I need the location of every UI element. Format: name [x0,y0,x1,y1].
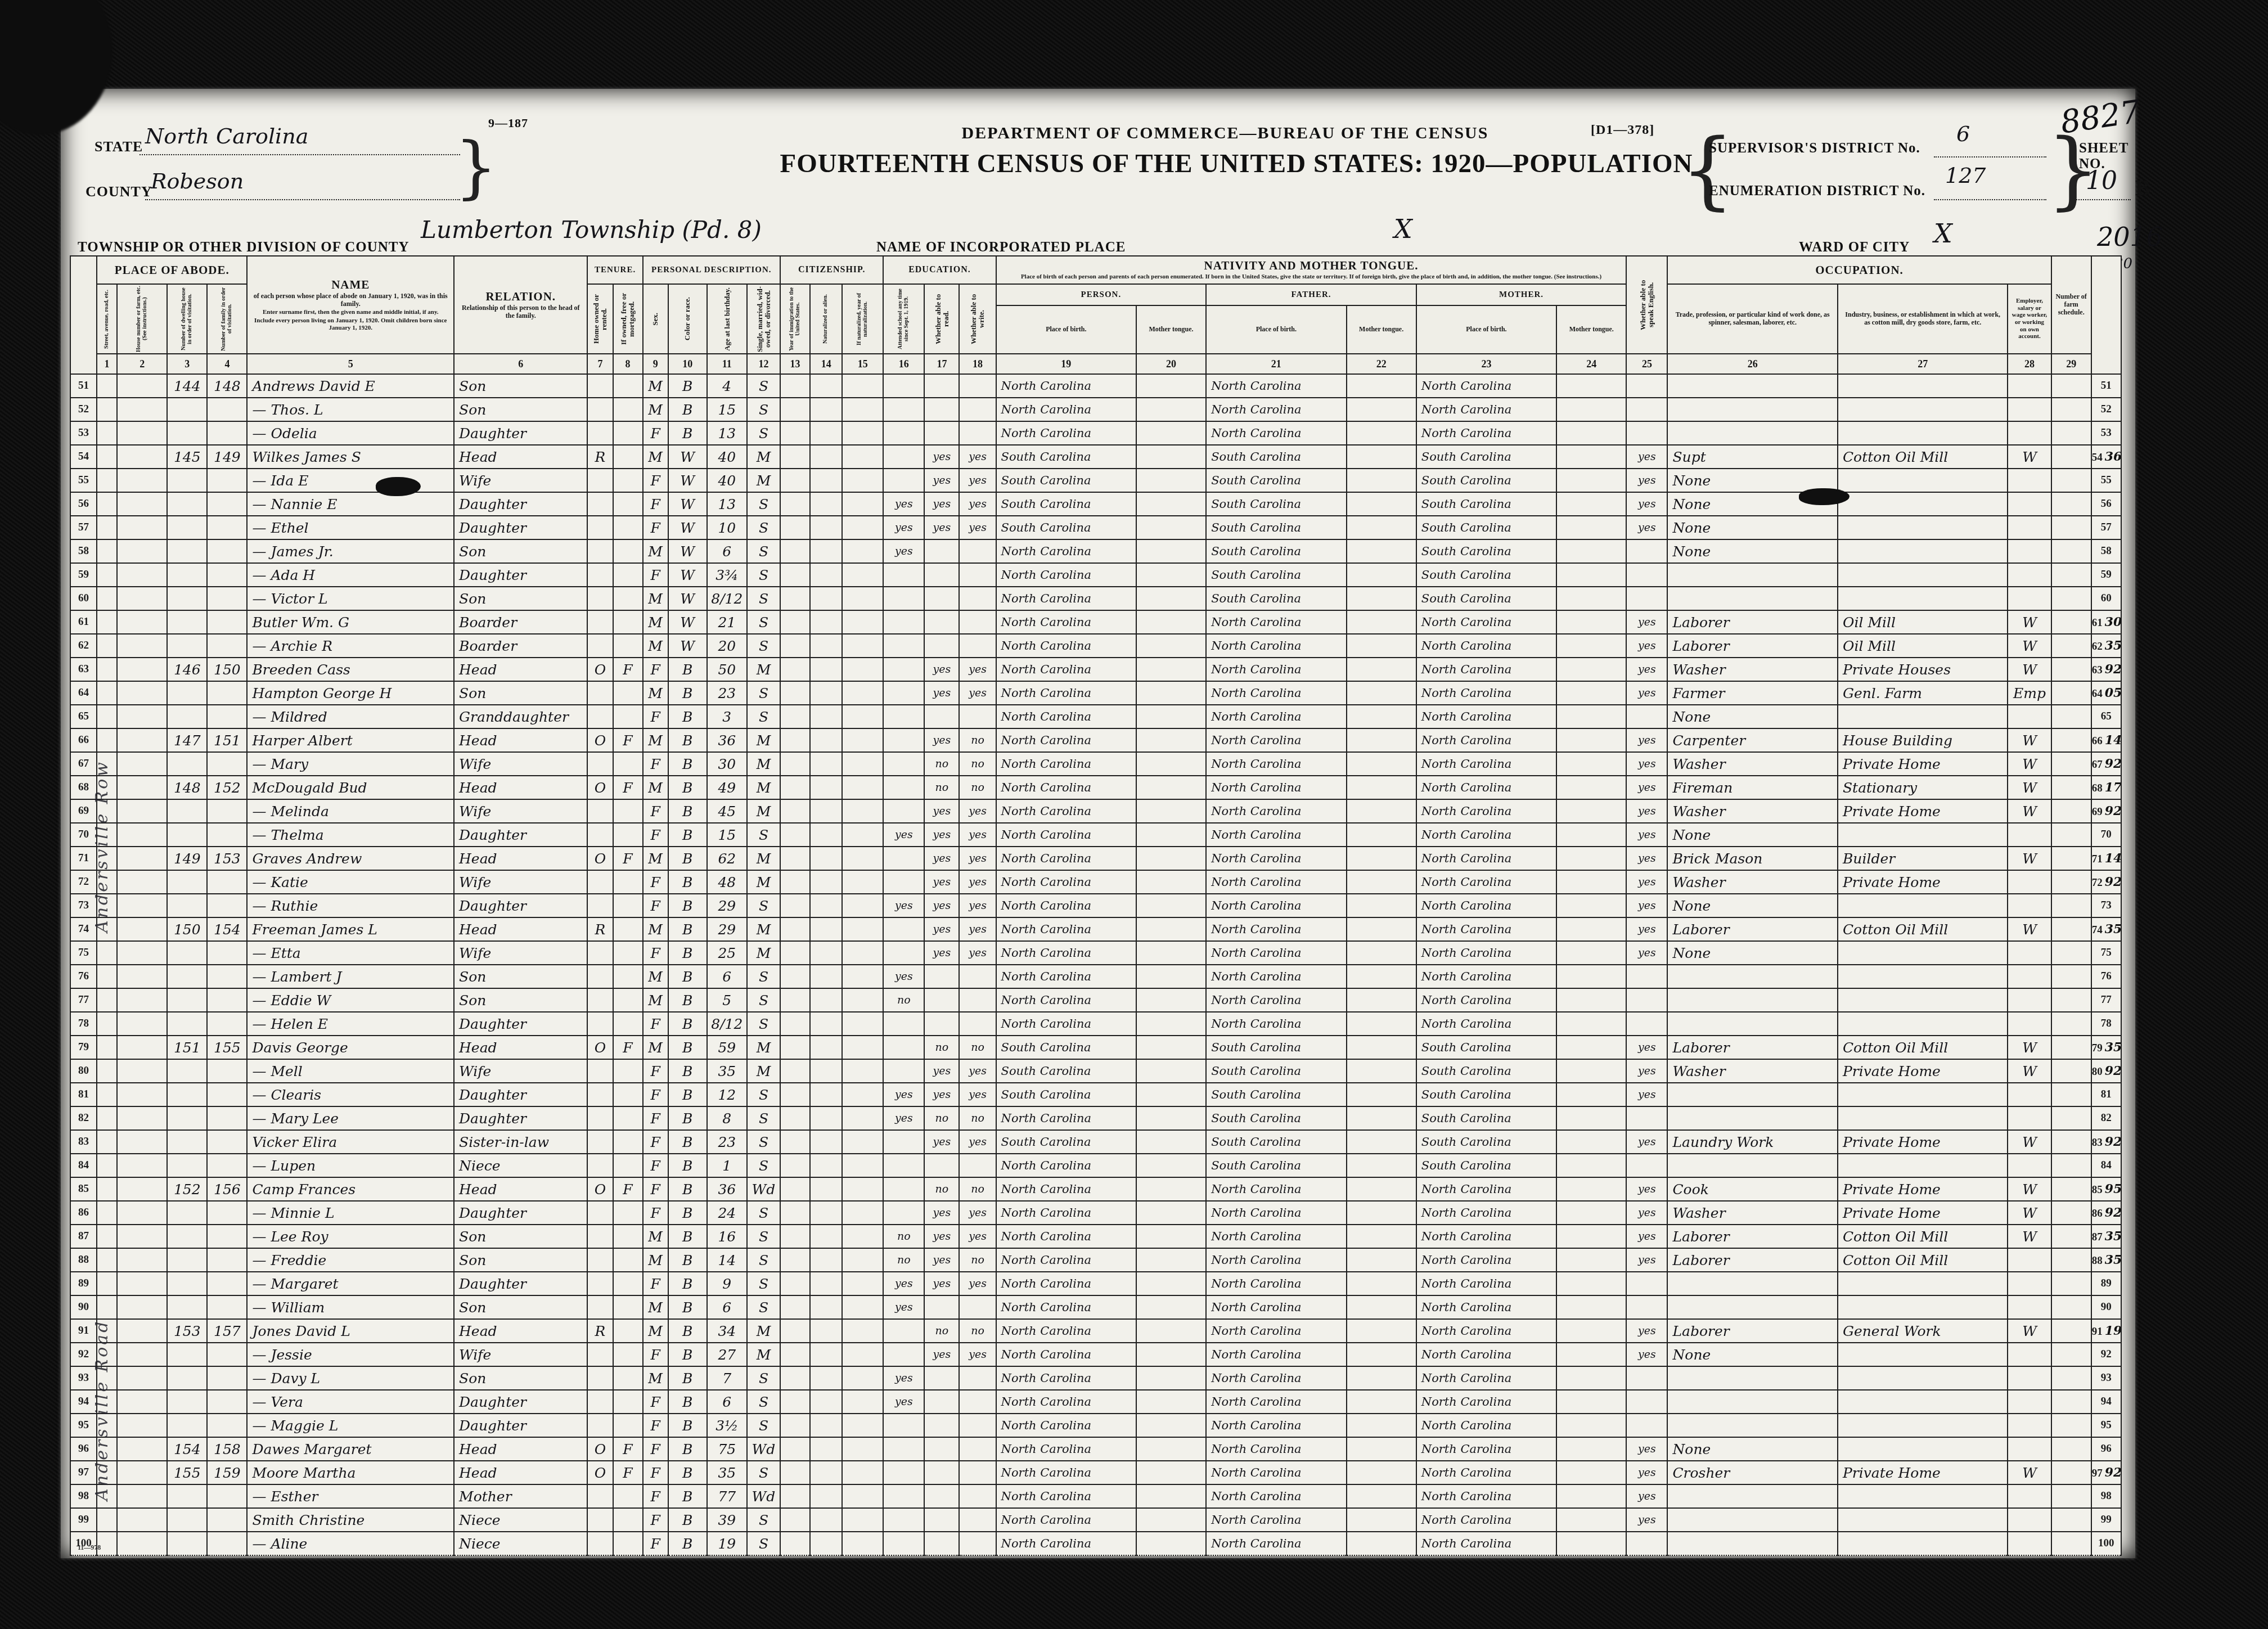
cell-c13 [780,1154,810,1177]
cell-en: yes [1626,1130,1667,1154]
cell-ra: W [668,469,707,492]
cell-e16: yes [883,1106,924,1130]
cell-mr: M [747,469,780,492]
cell-fam [207,1366,247,1390]
sheet-number: 10 [2086,166,2117,195]
table-row: 84— LupenNieceFB1SNorth CarolinaSouth Ca… [70,1154,2121,1177]
cell-ra: B [668,1343,707,1366]
cell-name: — Mary Lee [247,1106,454,1130]
cell-ra: B [668,917,707,941]
cell-ra: B [668,1177,707,1201]
cell-name: — Ada H [247,563,454,587]
column-number: 18 [959,354,996,374]
cell-rel: Niece [454,1532,587,1555]
cell-ra: B [668,1319,707,1343]
occupation-code: 356 [2105,1253,2121,1267]
cell-ra: W [668,539,707,563]
cell-ra: B [668,705,707,728]
cell-e18: yes [959,917,996,941]
cell-oc [1667,1390,1837,1414]
cell-house [117,752,167,776]
cell-name: Vicker Elira [247,1130,454,1154]
county-label: COUNTY [85,183,152,200]
cell-in [1838,1154,2008,1177]
cell-pb: North Carolina [996,1012,1136,1036]
cell-in [1838,492,2008,516]
cell-c15 [842,1083,883,1106]
cell-c13 [780,894,810,917]
cell-em: W [2008,1059,2051,1083]
cell-ag: 36 [707,728,747,752]
cell-dw [167,823,207,847]
cell-t7 [587,1390,613,1414]
cell-farm [2051,681,2091,705]
cell-em: Emp [2008,681,2051,705]
cell-oc: Laborer [1667,1225,1837,1248]
cell-mtf [1347,587,1416,610]
column-number: 2 [117,354,167,374]
cell-mtm [1556,917,1626,941]
cell-name: Smith Christine [247,1508,454,1532]
cell-pf: North Carolina [1206,1390,1346,1414]
cell-ag: 27 [707,1343,747,1366]
cell-sx: F [643,1130,668,1154]
cell-oc: None [1667,941,1837,965]
cell-pb: North Carolina [996,1225,1136,1248]
cell-em [2008,705,2051,728]
cell-t8 [613,705,643,728]
table-row: 99Smith ChristineNieceFB39SNorth Carolin… [70,1508,2121,1532]
group-occupation: OCCUPATION. [1667,256,2051,284]
family-label: Num­ber of family in order of vis­ita­ti… [221,285,233,353]
cell-pb: South Carolina [996,516,1136,539]
cell-fam [207,1343,247,1366]
cell-name: — Helen E [247,1012,454,1036]
cell-en [1626,1414,1667,1437]
cell-pf: North Carolina [1206,988,1346,1012]
cell-sx: F [643,516,668,539]
cell-t8: F [613,847,643,870]
cell-e17 [924,1508,959,1532]
cell-t7 [587,1508,613,1532]
cell-c13 [780,1390,810,1414]
cell-dw [167,516,207,539]
cell-in [1838,563,2008,587]
cell-fam [207,965,247,988]
line-number-left: 84 [70,1154,97,1177]
line-number-left: 79 [70,1036,97,1059]
cell-farm [2051,634,2091,658]
cell-farm [2051,1059,2091,1083]
cell-t8 [613,752,643,776]
cell-e17: yes [924,1248,959,1272]
cell-mtf [1347,539,1416,563]
cell-pm: North Carolina [1416,1532,1556,1555]
naturalization-year-label: If natur­alized, year of natur­aliza­tio… [857,285,868,353]
cell-mtf [1347,917,1416,941]
cell-dw: 149 [167,847,207,870]
table-row: 85152156Camp FrancesHeadOFFB36WdnonoNort… [70,1177,2121,1201]
cell-c15 [842,445,883,469]
cell-rel: Mother [454,1484,587,1508]
cell-mtm [1556,587,1626,610]
street-label: Street, avenue, road, etc. [104,290,110,349]
cell-pb: North Carolina [996,563,1136,587]
cell-c14 [810,799,842,823]
cell-pm: South Carolina [1416,1036,1556,1059]
cell-ra: B [668,1201,707,1225]
line-number-right: 78 [2091,1012,2121,1036]
column-number: 4 [207,354,247,374]
cell-mr: M [747,445,780,469]
table-row: 79151155Davis GeorgeHeadOFMB59MnonoSouth… [70,1036,2121,1059]
cell-en: yes [1626,1177,1667,1201]
cell-e18 [959,965,996,988]
cell-en: yes [1626,469,1667,492]
cell-pm: South Carolina [1416,1130,1556,1154]
line-number-right: 56 [2091,492,2121,516]
cell-pf: North Carolina [1206,1201,1346,1225]
cell-e16 [883,658,924,681]
table-row: 72— KatieWifeFB48MyesyesNorth CarolinaNo… [70,870,2121,894]
cell-e18 [959,1366,996,1390]
col-dwelling-number: Num­ber of dwell­ing house in order of v… [167,284,207,354]
cell-street [97,1130,117,1154]
state-value: North Carolina [145,124,308,148]
cell-in [1838,1532,2008,1555]
cell-e18: yes [959,516,996,539]
cell-house [117,1295,167,1319]
cell-en: yes [1626,776,1667,799]
cell-em: W [2008,1130,2051,1154]
cell-mtm [1556,1414,1626,1437]
cell-pb: North Carolina [996,1248,1136,1272]
cell-em [2008,870,2051,894]
cell-mtm [1556,539,1626,563]
cell-pf: North Carolina [1206,1366,1346,1390]
cell-oc: Laborer [1667,1319,1837,1343]
cell-ra: B [668,847,707,870]
cell-c13 [780,917,810,941]
cell-name: Freeman James L [247,917,454,941]
cell-house [117,799,167,823]
cell-e18 [959,1532,996,1555]
cell-sx: F [643,705,668,728]
person-pob: Place of birth. [996,305,1136,354]
cell-t7: O [587,1461,613,1484]
cell-mtm [1556,563,1626,587]
cell-mtf [1347,1106,1416,1130]
cell-c14 [810,941,842,965]
cell-pf: North Carolina [1206,965,1346,988]
cell-c15 [842,539,883,563]
cell-oc: None [1667,705,1837,728]
cell-pf: South Carolina [1206,1059,1346,1083]
col-immigration-year: Year of immi­gra­tion to the United Stat… [780,284,810,354]
cell-in: Private Home [1838,799,2008,823]
cell-c13 [780,516,810,539]
cell-fam: 154 [207,917,247,941]
cell-t8 [613,1295,643,1319]
cell-in: House Building [1838,728,2008,752]
cell-name: — Thos. L [247,398,454,421]
table-row: 81— ClearisDaughterFB12SyesyesyesSouth C… [70,1083,2121,1106]
line-number-left: 54 [70,445,97,469]
cell-dw [167,894,207,917]
cell-t8 [613,941,643,965]
cell-pb: North Carolina [996,1343,1136,1366]
cell-e18: no [959,1106,996,1130]
cell-rel: Head [454,917,587,941]
cell-pf: South Carolina [1206,563,1346,587]
cell-mtm [1556,1059,1626,1083]
cell-mtp [1136,563,1206,587]
sheet-rule [2074,199,2131,200]
cell-e18 [959,539,996,563]
cell-c14 [810,823,842,847]
naturalized-label: Natur­alized or alien. [823,294,829,344]
cell-mtm [1556,421,1626,445]
cell-ag: 12 [707,1083,747,1106]
cell-fam [207,681,247,705]
cell-mtp [1136,492,1206,516]
cell-pb: North Carolina [996,1319,1136,1343]
cell-ag: 35 [707,1461,747,1484]
cell-ag: 9 [707,1272,747,1295]
cell-ra: B [668,1225,707,1248]
left-brace-mark: } [454,128,497,206]
cell-c14 [810,1532,842,1555]
cell-em [2008,1106,2051,1130]
cell-mtm [1556,492,1626,516]
cell-c15 [842,1106,883,1130]
line-number-right: 80922 [2091,1059,2121,1083]
line-number-right: 70 [2091,823,2121,847]
cell-pm: North Carolina [1416,1414,1556,1437]
cell-fam [207,1484,247,1508]
cell-farm [2051,823,2091,847]
cell-fam [207,1059,247,1083]
cell-dw [167,1059,207,1083]
cell-e17: no [924,776,959,799]
occupation-code: 922 [2105,757,2121,771]
cell-e18 [959,705,996,728]
cell-rel: Daughter [454,1201,587,1225]
cell-em [2008,823,2051,847]
cell-pf: North Carolina [1206,1508,1346,1532]
cell-t8 [613,374,643,398]
col-naturalized: Natur­alized or alien. [810,284,842,354]
cell-c15 [842,634,883,658]
cell-em [2008,1154,2051,1177]
cell-e17: no [924,1106,959,1130]
cell-pb: North Carolina [996,539,1136,563]
col-color-race: Color or race. [668,284,707,354]
cell-t7 [587,421,613,445]
cell-en: yes [1626,799,1667,823]
cell-oc: Carpenter [1667,728,1837,752]
cell-pf: North Carolina [1206,1177,1346,1201]
cell-mtf [1347,492,1416,516]
cell-rel: Daughter [454,516,587,539]
cell-em [2008,539,2051,563]
cell-sx: F [643,894,668,917]
cell-mtm [1556,681,1626,705]
cell-mr: S [747,492,780,516]
cell-dw [167,634,207,658]
cell-em: W [2008,1225,2051,1248]
cell-mr: S [747,1390,780,1414]
cell-pm: North Carolina [1416,1390,1556,1414]
cell-mtp [1136,516,1206,539]
ward-value: X [1934,218,1952,249]
cell-t8 [613,1319,643,1343]
cell-c13 [780,752,810,776]
cell-en: yes [1626,1201,1667,1225]
cell-c15 [842,1508,883,1532]
cell-rel: Son [454,681,587,705]
cell-c15 [842,870,883,894]
cell-t7 [587,941,613,965]
cell-fam [207,516,247,539]
cell-street [97,1508,117,1532]
cell-t8: F [613,728,643,752]
cell-dw: 155 [167,1461,207,1484]
column-number: 21 [1206,354,1346,374]
cell-mtm [1556,894,1626,917]
cell-in: Private Home [1838,1461,2008,1484]
sex-label: Sex. [651,313,659,326]
cell-pf: North Carolina [1206,705,1346,728]
cell-pf: South Carolina [1206,1106,1346,1130]
street-name-vertical-1: Andersville Row [92,606,112,933]
table-row: 90— WilliamSonMB6SyesNorth CarolinaNorth… [70,1295,2121,1319]
cell-e18 [959,1461,996,1484]
cell-farm [2051,658,2091,681]
cell-pm: North Carolina [1416,634,1556,658]
cell-en [1626,1295,1667,1319]
cell-pm: North Carolina [1416,870,1556,894]
cell-rel: Wife [454,941,587,965]
cell-farm [2051,1343,2091,1366]
cell-in: Private Home [1838,1177,2008,1201]
cell-fam [207,1154,247,1177]
cell-c13 [780,1177,810,1201]
cell-mr: S [747,988,780,1012]
cell-mtm [1556,705,1626,728]
cell-in [1838,539,2008,563]
cell-sx: M [643,398,668,421]
cell-house [117,1366,167,1390]
cell-em [2008,1272,2051,1295]
col-speak-english: Whether able to speak English. [1626,256,1667,354]
cell-rel: Wife [454,752,587,776]
cell-mtm [1556,1154,1626,1177]
cell-in [1838,1083,2008,1106]
cell-house [117,1059,167,1083]
cell-e17 [924,374,959,398]
cell-c13 [780,1059,810,1083]
cell-ra: B [668,870,707,894]
cell-e16: no [883,1248,924,1272]
cell-mtf [1347,799,1416,823]
cell-pb: North Carolina [996,681,1136,705]
cell-pf: South Carolina [1206,469,1346,492]
cell-rel: Head [454,776,587,799]
group-name: NAME of each person whose place of abode… [247,256,454,354]
cell-mtf [1347,823,1416,847]
cell-e17: yes [924,799,959,823]
cell-en [1626,539,1667,563]
cell-pm: South Carolina [1416,516,1556,539]
cell-pb: North Carolina [996,610,1136,634]
cell-fam [207,634,247,658]
cell-e17: yes [924,870,959,894]
cell-c14 [810,445,842,469]
cell-c13 [780,610,810,634]
cell-ag: 23 [707,681,747,705]
cell-dw [167,965,207,988]
table-row: 80— MellWifeFB35MyesyesSouth CarolinaSou… [70,1059,2121,1083]
cell-ag: 13 [707,492,747,516]
cell-e18 [959,1437,996,1461]
cell-dw [167,1366,207,1390]
column-number: 1 [97,354,117,374]
scanned-census-sheet: 9—187 DEPARTMENT OF COMMERCE—BUREAU OF T… [0,0,2268,1629]
cell-mr: M [747,847,780,870]
cell-oc [1667,1083,1837,1106]
cell-mr: S [747,374,780,398]
cell-pb: North Carolina [996,823,1136,847]
line-number-right: 53 [2091,421,2121,445]
cell-e16: yes [883,539,924,563]
line-number-right: 81 [2091,1083,2121,1106]
cell-ag: 24 [707,1201,747,1225]
cell-c13 [780,1414,810,1437]
cell-oc: Washer [1667,1059,1837,1083]
cell-pb: North Carolina [996,1508,1136,1532]
cell-t7 [587,681,613,705]
cell-dw [167,469,207,492]
cell-mtm [1556,398,1626,421]
cell-pb: South Carolina [996,445,1136,469]
cell-mtm [1556,776,1626,799]
cell-c15 [842,563,883,587]
cell-pb: North Carolina [996,1272,1136,1295]
cell-pb: North Carolina [996,894,1136,917]
cell-ag: 21 [707,610,747,634]
column-number: 25 [1626,354,1667,374]
line-number-right: 90 [2091,1295,2121,1319]
cell-pf: North Carolina [1206,1295,1346,1319]
cell-rel: Son [454,1366,587,1390]
cell-in [1838,1106,2008,1130]
cell-rel: Sister-in-law [454,1130,587,1154]
cell-pm: North Carolina [1416,988,1556,1012]
line-number-left: 52 [70,398,97,421]
cell-house [117,681,167,705]
cell-mtm [1556,1366,1626,1390]
cell-em [2008,1083,2051,1106]
cell-rel: Head [454,658,587,681]
cell-farm [2051,610,2091,634]
cell-e17: yes [924,492,959,516]
cell-c14 [810,1036,842,1059]
enumeration-rule [1934,199,2046,200]
cell-sx: F [643,492,668,516]
cell-farm [2051,917,2091,941]
cell-mtf [1347,988,1416,1012]
